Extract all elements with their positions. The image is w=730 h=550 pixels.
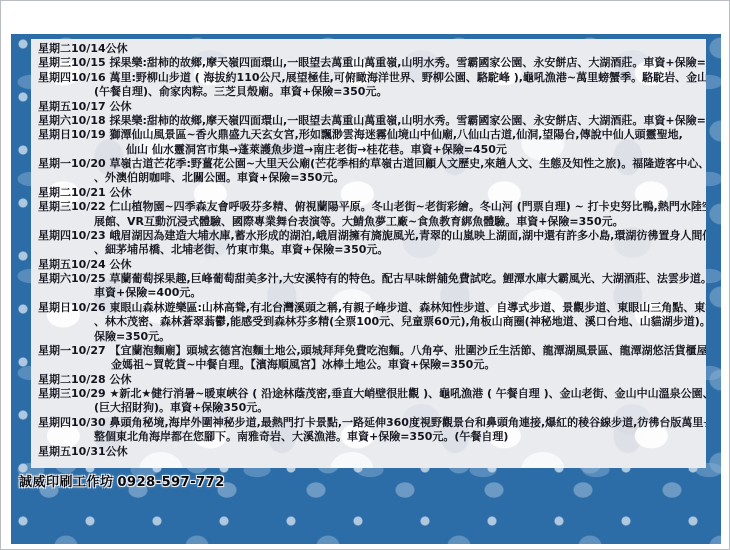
schedule-line: 星期日10/26 東眼山森林遊樂區:山林高聳,有北台灣溪頭之稱,有親子峰步道、森… — [31, 301, 706, 315]
schedule-line-continuation: 仙山 仙水靈洞宮市集→蓬萊護魚步道→南庄老街→桂花巷。車資+保險=450元 — [31, 143, 706, 157]
schedule-line-continuation: 車資+保險=400元。 — [31, 286, 706, 300]
print-shop-phone: 0928-597-772 — [118, 475, 225, 490]
schedule-line: 星期五10/17 公休 — [31, 100, 706, 114]
schedule-panel: 星期二10/14公休 星期三10/15 採果樂:甜柿的故鄉,摩天嶺四面環山,一眼… — [31, 39, 706, 468]
print-shop-name: 誠威印刷工作坊 — [19, 475, 114, 490]
schedule-line: 星期四10/23 峨眉湖因為建造大埔水庫,蓄水形成的湖泊,峨眉湖擁有旖旎風光,青… — [31, 229, 706, 243]
schedule-line: 星期一10/20 草嶺古道芒花季:野薑花公園~大里天公廟(芒花季相約草嶺古道回顧… — [31, 157, 706, 171]
schedule-line-continuation: (巨大招財狗)。車資+保險350元。 — [31, 401, 706, 415]
schedule-line: 星期日10/19 獅潭仙山風景區~香火鼎盛九天玄女宮,形如飄渺雲海迷霧仙境山中仙… — [31, 128, 706, 142]
schedule-line: 星期三10/15 採果樂:甜柿的故鄉,摩天嶺四面環山,一眼望去萬重山萬重嶺,山明… — [31, 56, 706, 70]
schedule-line: 星期三10/29 ★新北★健行消暑~暖東峽谷 ( 沿途林蔭茂密,垂直大峭壁很壯觀… — [31, 387, 706, 401]
schedule-line: 星期六10/18 採果樂:甜柿的故鄉,摩天嶺四面環山,一眼望去萬重山萬重嶺,山明… — [31, 114, 706, 128]
schedule-line-continuation: 整個東北角海岸都在您腳下。南雅奇岩、大溪漁港。車資+保險=350元。(午餐自理) — [31, 430, 706, 444]
schedule-line-continuation: 金媽祖~買乾貨~中餐自理。【濱海順風宮】冰棒土地公。車資+保險=350元。 — [31, 358, 706, 372]
schedule-line-continuation: 、外澳伯朗咖啡、北關公園。車資+保險=350元。 — [31, 171, 706, 185]
flyer-page: 星期二10/14公休 星期三10/15 採果樂:甜柿的故鄉,摩天嶺四面環山,一眼… — [0, 0, 730, 550]
schedule-line-continuation: 、林木茂密、森林蒼翠蓊鬱,能感受到森林芬多精(全票100元、兒童票60元),角板… — [31, 315, 706, 329]
schedule-line: 星期一10/27 【宜蘭泡麵廟】頭城玄德宮泡麵土地公,頭城拜拜免費吃泡麵。八角亭… — [31, 344, 706, 358]
schedule-line: 星期四10/16 萬里:野柳山步道 ( 海拔約110公尺,展望極佳,可俯瞰海洋世… — [31, 71, 706, 85]
schedule-line: 星期二10/28 公休 — [31, 373, 706, 387]
schedule-line-continuation: (午餐自理)、俞家肉粽。三芝貝殼廟。車資+保險=350元。 — [31, 85, 706, 99]
schedule-line: 星期五10/31公休 — [31, 445, 706, 459]
schedule-line-continuation: 展館、VR互動沉浸式體驗、國際專業舞台表演等。大鯖魚夢工廠~食魚教育綁魚體驗。車… — [31, 215, 706, 229]
schedule-line-continuation: 、細茅埔吊橋、北埔老街、竹東市集。車資+保險=350元。 — [31, 243, 706, 257]
schedule-line: 星期二10/14公休 — [31, 42, 706, 56]
schedule-line: 星期六10/25 草蘭葡萄採果趣,巨峰葡萄甜美多汁,大安溪特有的特色。配古早味餅… — [31, 272, 706, 286]
schedule-line: 星期三10/22 仁山植物園~四季森友會呼吸芬多精、俯視蘭陽平原。冬山老街~老街… — [31, 200, 706, 214]
decorative-damask-frame: 星期二10/14公休 星期三10/15 採果樂:甜柿的故鄉,摩天嶺四面環山,一眼… — [11, 34, 721, 544]
print-shop-credit: 誠威印刷工作坊0928-597-772 — [19, 471, 229, 490]
schedule-line: 星期五10/24 公休 — [31, 258, 706, 272]
schedule-line-continuation: 保險=350元。 — [31, 330, 706, 344]
schedule-line: 星期二10/21 公休 — [31, 186, 706, 200]
schedule-line: 星期四10/30 鼻頭角秘境,海岸外圍神秘步道,最熱門打卡景點,一路延伸360度… — [31, 416, 706, 430]
